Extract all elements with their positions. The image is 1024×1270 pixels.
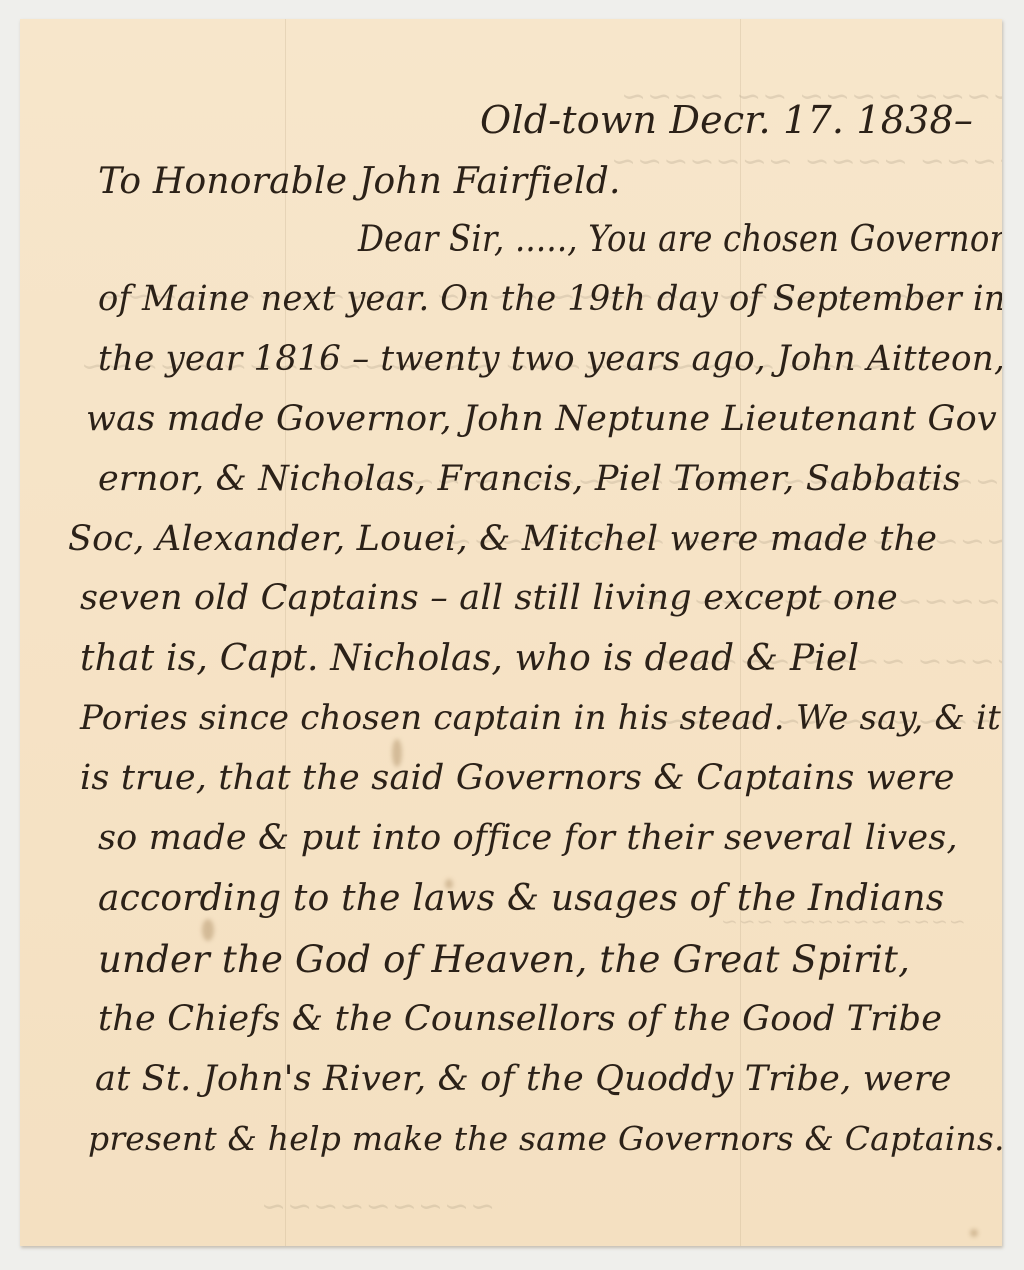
letter-line: was made Governor, John Neptune Lieutena… [86,402,997,437]
stain [970,1229,978,1237]
letter-line: Soc, Alexander, Louei, & Mitchel were ma… [68,522,937,557]
letter-line: at St. John's River, & of the Quoddy Tri… [95,1062,952,1097]
letter-line: the Chiefs & the Counsellors of the Good… [98,1002,942,1037]
letter-line: that is, Capt. Nicholas, who is dead & P… [80,641,859,677]
letter-line: present & help make the same Governors &… [88,1122,1002,1155]
letter-line: Pories since chosen captain in his stead… [80,701,1001,735]
letter-line: Dear Sir, ....., You are chosen Governor [358,222,1002,258]
bleed-through-text: ~~~~ ~~~~~ ~~~~ ~~~~~~~ [610,144,1002,179]
letter-line: according to the laws & usages of the In… [98,881,944,917]
letter-line: under the God of Heaven, the Great Spiri… [98,941,910,978]
dateline: Old-town Decr. 17. 1838– [480,101,973,139]
bleed-through-text: ~~~~~~~~~ [260,1189,495,1224]
letter-line: of Maine next year. On the 19th day of S… [98,282,1002,317]
letter-line: ernor, & Nicholas, Francis, Piel Tomer, … [98,462,961,497]
letter-line: so made & put into office for their seve… [98,821,958,856]
letter-line: seven old Captains – all still living ex… [80,581,898,616]
letter-line: the year 1816 – twenty two years ago, Jo… [98,342,1002,377]
recipient-line: To Honorable John Fairfield. [98,164,621,200]
letter-line: is true, that the said Governors & Capta… [80,761,955,796]
letter-page: ~~~ ~~~~~ ~~~~~ ~~~~ ~~ ~~~~ ~~~~ ~~~~~ … [20,19,1002,1246]
